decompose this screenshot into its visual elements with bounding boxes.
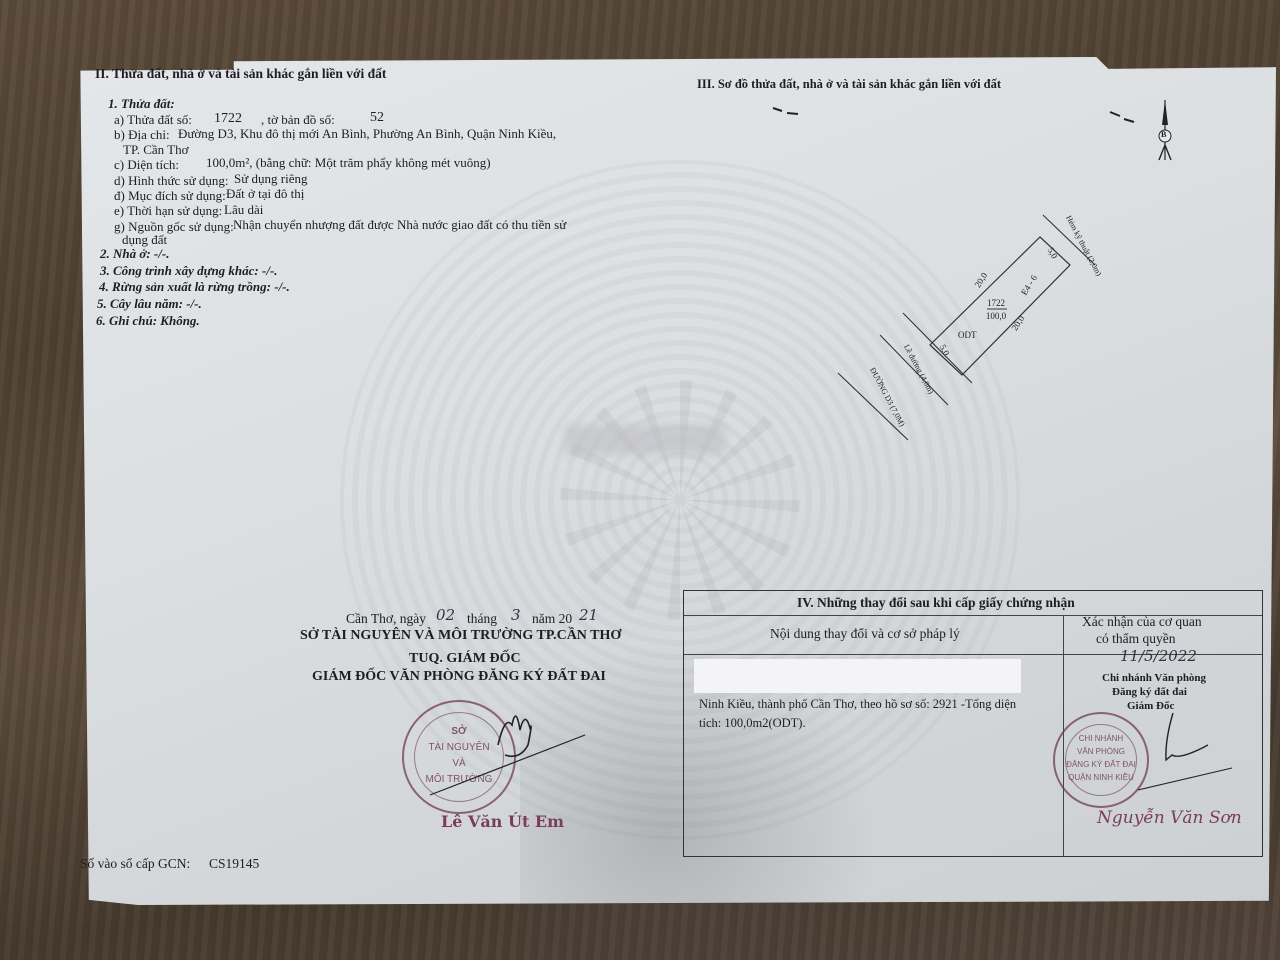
signature-right	[0, 0, 1280, 960]
signer-right-name: Nguyễn Văn Sơn	[1097, 808, 1242, 828]
